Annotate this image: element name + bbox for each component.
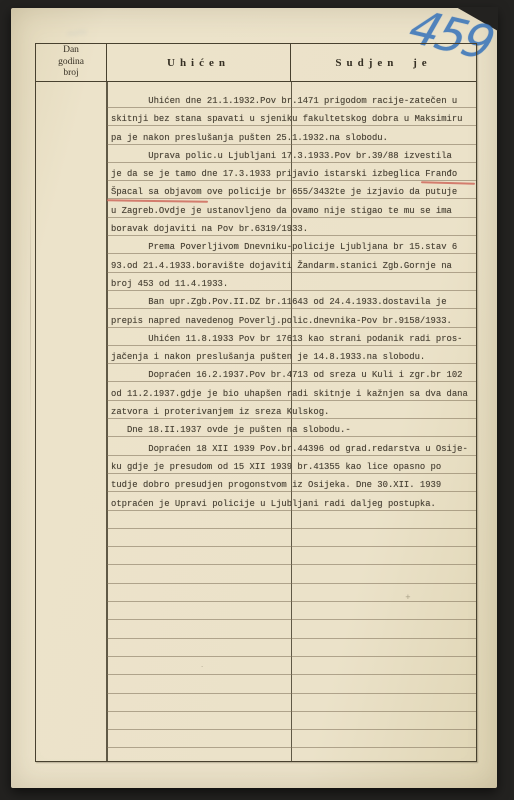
entry-line: tudje dobro presudjen progonstvom iz Osi… — [107, 474, 476, 492]
typewritten-text: otpraćen je Upravi policije u Ljubljani … — [111, 499, 436, 509]
empty-ruled-line — [107, 620, 476, 638]
empty-ruled-line — [107, 675, 476, 693]
paper-speck: · — [201, 663, 203, 671]
entry-line: Uprava polic.u Ljubljani 17.3.1933.Pov b… — [107, 145, 476, 163]
typewritten-text: Uhićen 11.8.1933 Pov br 17613 kao strani… — [111, 334, 463, 344]
typewritten-text: tudje dobro presudjen progonstvom iz Osi… — [111, 480, 441, 490]
entry-line: Prema Poverljivom Dnevniku-policije Ljub… — [107, 236, 476, 254]
header-year-label: godina — [58, 57, 84, 69]
paper-crease — [30, 188, 31, 428]
record-table: Dan godina broj Uhićen Sudjen je Uhićen … — [35, 43, 477, 762]
entry-line: od 11.2.1937.gdje je bio uhapšen radi sk… — [107, 382, 476, 400]
entry-line: Dopraćen 16.2.1937.Pov br.4713 od sreza … — [107, 364, 476, 382]
entry-line: Uhićen 11.8.1933 Pov br 17613 kao strani… — [107, 328, 476, 346]
entry-line: boravak dojaviti na Pov br.6319/1933. — [107, 218, 476, 236]
entry-line: zatvora i proterivanjem iz sreza Kulskog… — [107, 401, 476, 419]
entry-line: broj 453 od 11.4.1933. — [107, 273, 476, 291]
header-cell-day-year-number: Dan godina broj — [36, 44, 107, 81]
typewritten-text: Prema Poverljivom Dnevniku-policije Ljub… — [111, 242, 457, 252]
typewritten-text: zatvora i proterivanjem iz sreza Kulskog… — [111, 407, 329, 417]
header-number-label: broj — [63, 68, 78, 80]
typewritten-text: broj 453 od 11.4.1933. — [111, 279, 228, 289]
entry-line: Dopraćen 18 XII 1939 Pov.br.44396 od gra… — [107, 437, 476, 455]
typewritten-text: Ban upr.Zgb.Pov.II.DZ br.11643 od 24.4.1… — [111, 297, 447, 307]
empty-ruled-line — [107, 511, 476, 529]
typewritten-text: od 11.2.1937.gdje je bio uhapšen radi sk… — [111, 389, 468, 399]
table-body-rows: Uhićen dne 21.1.1932.Pov br.1471 prigodo… — [36, 82, 476, 761]
empty-ruled-line — [107, 584, 476, 602]
header-day-label: Dan — [63, 45, 79, 57]
typewritten-text: Dne 18.II.1937 ovde je pušten na slobodu… — [111, 425, 351, 435]
empty-ruled-line — [107, 730, 476, 748]
typewritten-text: Dopraćen 18 XII 1939 Pov.br.44396 od gra… — [111, 444, 468, 454]
typewritten-text: Dopraćen 16.2.1937.Pov br.4713 od sreza … — [111, 370, 463, 380]
entry-line: je da se je tamo dne 17.3.1933 prijavio … — [107, 163, 476, 181]
empty-ruled-line — [107, 694, 476, 712]
header-cell-judged: Sudjen je — [291, 44, 476, 81]
typewritten-text: 93.od 21.4.1933.boravište dojaviti Žanda… — [111, 261, 452, 271]
entry-line: 93.od 21.4.1933.boravište dojaviti Žanda… — [107, 254, 476, 272]
entry-line: skitnji bez stana spavati u sjeniku faku… — [107, 108, 476, 126]
empty-ruled-line — [107, 529, 476, 547]
typewritten-text: boravak dojaviti na Pov br.6319/1933. — [111, 224, 308, 234]
document-paper: ~~ 459 Dan godina broj Uhićen Sudjen je — [11, 8, 497, 788]
header-judged-label: Sudjen je — [335, 57, 431, 69]
empty-ruled-line — [107, 547, 476, 565]
empty-ruled-line — [107, 565, 476, 583]
entry-line: prepis napred navedenog Poverlj.polic.dn… — [107, 309, 476, 327]
entry-line: Ban upr.Zgb.Pov.II.DZ br.11643 od 24.4.1… — [107, 291, 476, 309]
typewritten-text: ku gdje je presudom od 15 XII 1939 br.41… — [111, 462, 441, 472]
entry-line: Uhićen dne 21.1.1932.Pov br.1471 prigodo… — [107, 82, 476, 108]
entry-line: jačenja i nakon preslušanja pušten je 14… — [107, 346, 476, 364]
empty-ruled-line — [107, 602, 476, 620]
typewritten-text: prepis napred navedenog Poverlj.polic.dn… — [111, 316, 452, 326]
entry-line: u Zagreb.Ovdje je ustanovljeno da ovamo … — [107, 199, 476, 217]
typewritten-text: skitnji bez stana spavati u sjeniku faku… — [111, 114, 463, 124]
entry-line: ku gdje je presudom od 15 XII 1939 br.41… — [107, 456, 476, 474]
paper-speck: + — [405, 593, 411, 601]
entry-line: otpraćen je Upravi policije u Ljubljani … — [107, 492, 476, 510]
empty-ruled-line — [107, 712, 476, 730]
entry-line: Dne 18.II.1937 ovde je pušten na slobodu… — [107, 419, 476, 437]
typewritten-text: Špacal sa objavom ove policije br 655/34… — [111, 187, 457, 197]
typewritten-text: Uhićen dne 21.1.1932.Pov br.1471 prigodo… — [111, 96, 457, 106]
header-arrested-label: Uhićen — [167, 57, 230, 69]
empty-ruled-line — [107, 657, 476, 675]
typewritten-text: Uprava polic.u Ljubljani 17.3.1933.Pov b… — [111, 151, 452, 161]
table-header-row: Dan godina broj Uhićen Sudjen je — [36, 44, 476, 82]
typewritten-text: pa je nakon preslušanja pušten 25.1.1932… — [111, 133, 388, 143]
typewritten-text: jačenja i nakon preslušanja pušten je 14… — [111, 352, 425, 362]
empty-ruled-line — [107, 639, 476, 657]
table-body: Uhićen dne 21.1.1932.Pov br.1471 prigodo… — [36, 82, 476, 761]
entry-line: pa je nakon preslušanja pušten 25.1.1932… — [107, 126, 476, 144]
typewritten-text: je da se je tamo dne 17.3.1933 prijavio … — [111, 169, 457, 179]
typewritten-text: u Zagreb.Ovdje je ustanovljeno da ovamo … — [111, 206, 452, 216]
header-cell-arrested: Uhićen — [107, 44, 291, 81]
entry-line: Špacal sa objavom ove policije br 655/34… — [107, 181, 476, 199]
